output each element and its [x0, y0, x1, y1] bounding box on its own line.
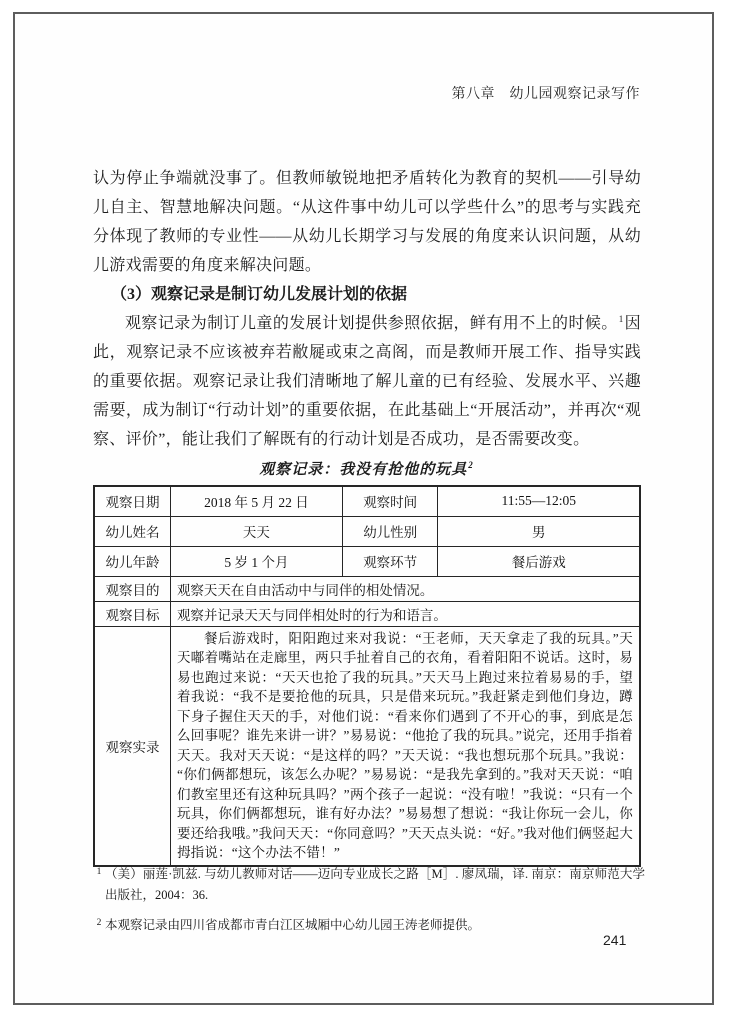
cell-goal-label: 观察目标 — [94, 601, 170, 626]
table-row-purpose: 观察目的 观察天天在自由活动中与同伴的相处情况。 — [94, 576, 640, 601]
table-row-record: 观察实录 餐后游戏时，阳阳跑过来对我说：“王老师，天天拿走了我的玩具。”天天嘟着… — [94, 626, 640, 866]
paragraph-basis-part-a: 观察记录为制订儿童的发展计划提供参照依据，鲜有用不上的时候。 — [125, 315, 618, 332]
cell-age-label: 幼儿年龄 — [94, 546, 170, 576]
cell-purpose-label: 观察目的 — [94, 576, 170, 601]
cell-goal-value: 观察并记录天天与同伴相处时的行为和语言。 — [170, 601, 640, 626]
footnotes-block: 1 （美）丽莲·凯兹. 与幼儿教师对话——迈向专业成长之路［M］. 廖凤瑞，译.… — [93, 864, 645, 945]
cell-name-label: 幼儿姓名 — [94, 516, 170, 546]
cell-gender-value: 男 — [438, 516, 640, 546]
cell-date-value: 2018 年 5 月 22 日 — [170, 486, 342, 516]
cell-record-label: 观察实录 — [94, 626, 170, 866]
observation-record-title-text: 观察记录：我没有抢他的玩具 — [259, 462, 467, 478]
cell-time-value: 11:55—12:05 — [438, 486, 640, 516]
cell-session-label: 观察环节 — [342, 546, 438, 576]
cell-purpose-value: 观察天天在自由活动中与同伴的相处情况。 — [170, 576, 640, 601]
running-head: 第八章 幼儿园观察记录写作 — [452, 83, 641, 103]
cell-gender-label: 幼儿性别 — [342, 516, 438, 546]
table-row-goal: 观察目标 观察并记录天天与同伴相处时的行为和语言。 — [94, 601, 640, 626]
section-heading-3: （3）观察记录是制订幼儿发展计划的依据 — [93, 280, 641, 309]
table-row-name-gender: 幼儿姓名 天天 幼儿性别 男 — [94, 516, 640, 546]
cell-session-value: 餐后游戏 — [438, 546, 640, 576]
footnote-2: 2 本观察记录由四川省成都市青白江区城厢中心幼儿园王涛老师提供。 — [93, 915, 645, 936]
cell-date-label: 观察日期 — [94, 486, 170, 516]
cell-age-value: 5 岁 1 个月 — [170, 546, 342, 576]
footnote-1: 1 （美）丽莲·凯兹. 与幼儿教师对话——迈向专业成长之路［M］. 廖凤瑞，译.… — [93, 864, 645, 906]
footnote-1-text: （美）丽莲·凯兹. 与幼儿教师对话——迈向专业成长之路［M］. 廖凤瑞，译. 南… — [105, 864, 645, 906]
table-row-age-session: 幼儿年龄 5 岁 1 个月 观察环节 餐后游戏 — [94, 546, 640, 576]
footnote-2-marker: 2 — [93, 915, 105, 930]
footnote-2-text: 本观察记录由四川省成都市青白江区城厢中心幼儿园王涛老师提供。 — [105, 915, 645, 936]
footnote-ref-1: 1 — [618, 314, 625, 324]
observation-record-title: 观察记录：我没有抢他的玩具2 — [93, 458, 641, 479]
paragraph-basis-part-b: 因此，观察记录不应该被弃若敝屣或束之高阁，而是教师开展工作、指导实践的重要依据。… — [93, 315, 641, 448]
paragraph-continuation: 认为停止争端就没事了。但教师敏锐地把矛盾转化为教育的契机——引导幼儿自主、智慧地… — [93, 164, 641, 280]
cell-time-label: 观察时间 — [342, 486, 438, 516]
footnote-ref-2: 2 — [467, 460, 475, 470]
table-row-date-time: 观察日期 2018 年 5 月 22 日 观察时间 11:55—12:05 — [94, 486, 640, 516]
page-number: 241 — [603, 932, 626, 948]
observation-record-narrative: 餐后游戏时，阳阳跑过来对我说：“王老师，天天拿走了我的玩具。”天天嘟着嘴站在走廊… — [177, 629, 633, 863]
observation-table: 观察日期 2018 年 5 月 22 日 观察时间 11:55—12:05 幼儿… — [93, 485, 641, 867]
paragraph-basis: 观察记录为制订儿童的发展计划提供参照依据，鲜有用不上的时候。1因此，观察记录不应… — [93, 309, 641, 454]
book-page: 第八章 幼儿园观察记录写作 认为停止争端就没事了。但教师敏锐地把矛盾转化为教育的… — [13, 12, 714, 1005]
footnote-1-marker: 1 — [93, 864, 105, 879]
cell-record-value: 餐后游戏时，阳阳跑过来对我说：“王老师，天天拿走了我的玩具。”天天嘟着嘴站在走廊… — [170, 626, 640, 866]
main-text-block: 认为停止争端就没事了。但教师敏锐地把矛盾转化为教育的契机——引导幼儿自主、智慧地… — [93, 164, 641, 867]
cell-name-value: 天天 — [170, 516, 342, 546]
